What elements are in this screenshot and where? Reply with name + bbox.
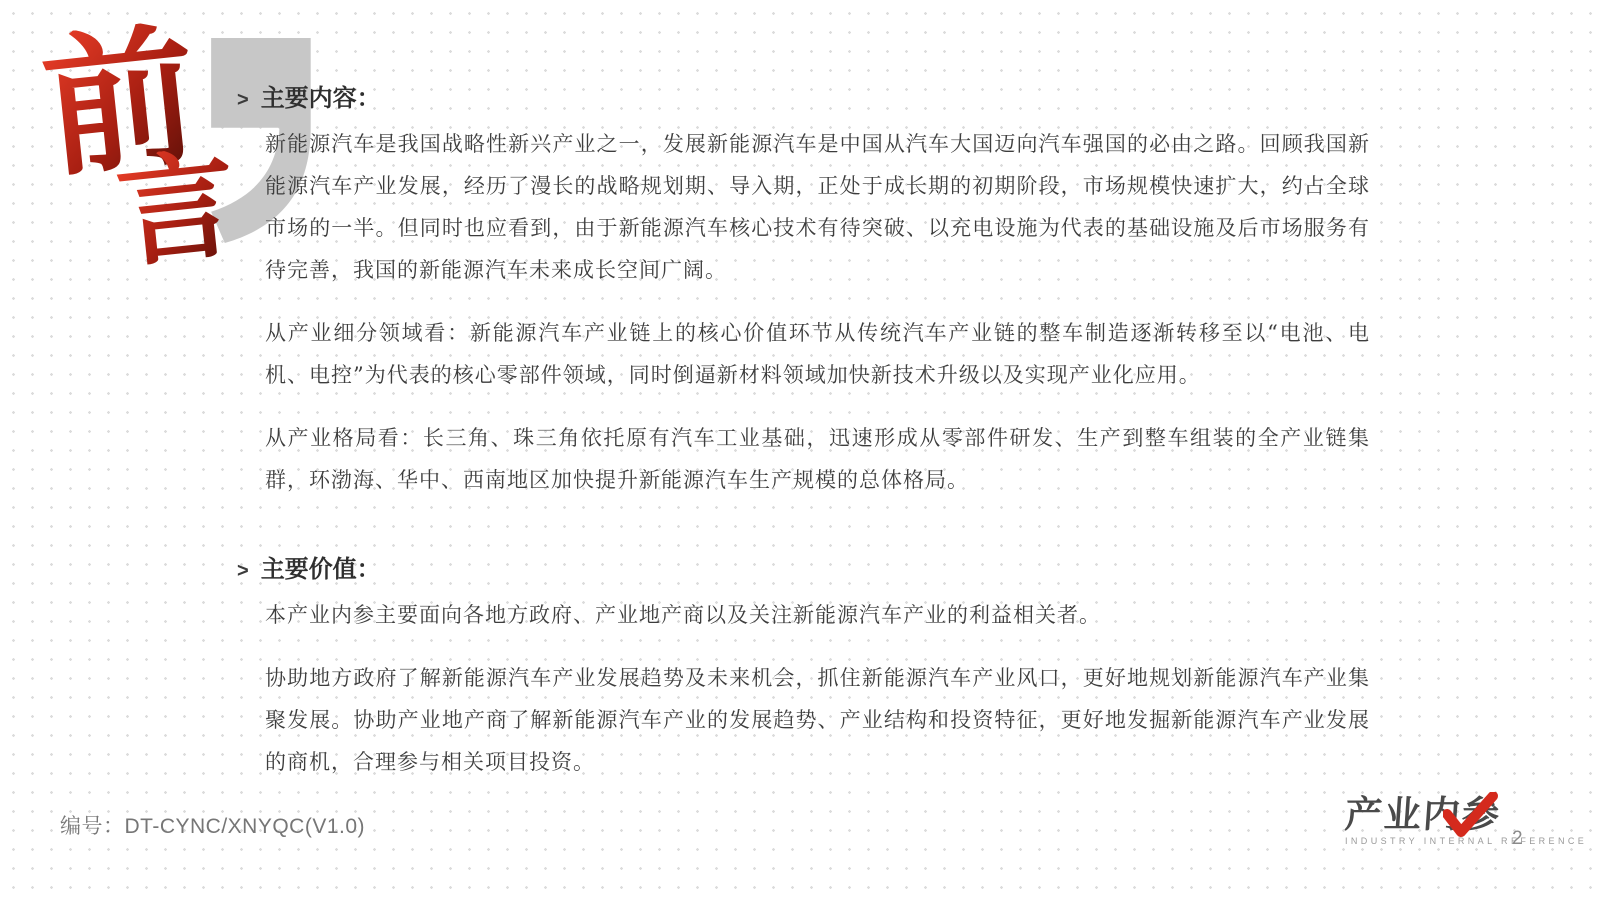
paragraph: 新能源汽车是我国战略性新兴产业之一，发展新能源汽车是中国从汽车大国迈向汽车强国的… [265,123,1370,291]
section-main-content: > 主要内容： 新能源汽车是我国战略性新兴产业之一，发展新能源汽车是中国从汽车大… [237,78,1377,501]
section-body: 本产业内参主要面向各地方政府、产业地产商以及关注新能源汽车产业的利益相关者。 协… [265,594,1370,783]
heading-marker: > [237,89,249,112]
document-code: 编号：DT-CYNC/XNYQC(V1.0) [60,810,365,840]
heading-text: 主要内容： [261,78,381,113]
checkmark-icon [1443,792,1499,838]
paragraph: 从产业格局看：长三角、珠三角依托原有汽车工业基础，迅速形成从零部件研发、生产到整… [265,417,1370,501]
paragraph: 协助地方政府了解新能源汽车产业发展趋势及未来机会，抓住新能源汽车产业风口，更好地… [265,657,1370,783]
paragraph: 本产业内参主要面向各地方政府、产业地产商以及关注新能源汽车产业的利益相关者。 [265,594,1370,636]
heading-marker: > [237,560,249,583]
paragraph: 从产业细分领域看：新能源汽车产业链上的核心价值环节从传统汽车产业链的整车制造逐渐… [265,312,1370,396]
title-calligraphy-char-2: 言 [112,144,242,274]
section-heading: > 主要内容： [237,78,1377,113]
section-heading: > 主要价值： [237,549,1377,584]
section-body: 新能源汽车是我国战略性新兴产业之一，发展新能源汽车是中国从汽车大国迈向汽车强国的… [265,123,1370,501]
content-column: > 主要内容： 新能源汽车是我国战略性新兴产业之一，发展新能源汽车是中国从汽车大… [237,78,1377,783]
page-number: 2 [1512,828,1523,850]
section-main-value: > 主要价值： 本产业内参主要面向各地方政府、产业地产商以及关注新能源汽车产业的… [237,549,1377,783]
heading-text: 主要价值： [261,549,381,584]
slide-foreword: 前 言 > 主要内容： 新能源汽车是我国战略性新兴产业之一，发展新能源汽车是中国… [0,0,1600,900]
